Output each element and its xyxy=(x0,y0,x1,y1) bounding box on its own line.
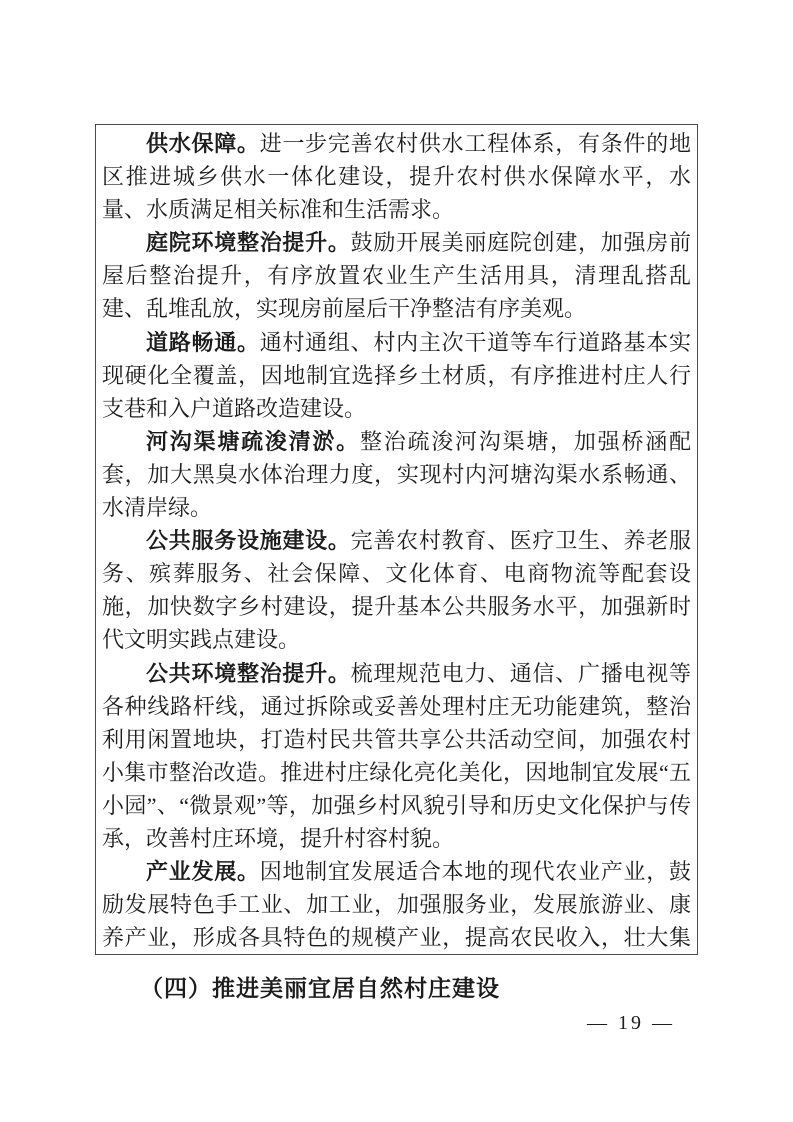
paragraph-lead: 河沟渠塘疏浚清淤。 xyxy=(146,429,360,454)
paragraph-lead: 公共环境整治提升。 xyxy=(146,661,351,686)
paragraph-lead: 产业发展。 xyxy=(146,859,260,884)
document-page: 供水保障。进一步完善农村供水工程体系，有条件的地区推进城乡供水一体化建设，提升农… xyxy=(0,0,793,1122)
paragraph-lead: 供水保障。 xyxy=(146,131,260,156)
paragraph-lead: 公共服务设施建设。 xyxy=(146,528,351,553)
policy-paragraph: 庭院环境整治提升。鼓励开展美丽庭院创建，加强房前屋后整治提升，有序放置农业生产生… xyxy=(102,226,691,325)
policy-paragraph: 产业发展。因地制宜发展适合本地的现代农业产业，鼓励发展特色手工业、加工业，加强服… xyxy=(102,855,691,955)
paragraph-lead: 庭院环境整治提升。 xyxy=(146,230,351,255)
policy-paragraph: 河沟渠塘疏浚清淤。整治疏浚河沟渠塘，加强桥涵配套，加大黑臭水体治理力度，实现村内… xyxy=(102,425,691,524)
policy-paragraph: 公共服务设施建设。完善农村教育、医疗卫生、养老服务、殡葬服务、社会保障、文化体育… xyxy=(102,524,691,656)
paragraph-lead: 道路畅通。 xyxy=(146,330,260,355)
policy-paragraph: 道路畅通。通村通组、村内主次干道等车行道路基本实现硬化全覆盖，因地制宜选择乡土材… xyxy=(102,326,691,425)
policy-paragraph: 供水保障。进一步完善农村供水工程体系，有条件的地区推进城乡供水一体化建设，提升农… xyxy=(102,127,691,226)
paragraph-body: 梳理规范电力、通信、广播电视等各种线路杆线，通过拆除或妥善处理村庄无功能建筑，整… xyxy=(102,661,691,851)
policy-paragraph: 公共环境整治提升。梳理规范电力、通信、广播电视等各种线路杆线，通过拆除或妥善处理… xyxy=(102,657,691,856)
section-heading: （四）推进美丽宜居自然村庄建设 xyxy=(140,970,500,1003)
content-box: 供水保障。进一步完善农村供水工程体系，有条件的地区推进城乡供水一体化建设，提升农… xyxy=(95,124,698,955)
page-number: — 19 — xyxy=(587,1012,675,1035)
